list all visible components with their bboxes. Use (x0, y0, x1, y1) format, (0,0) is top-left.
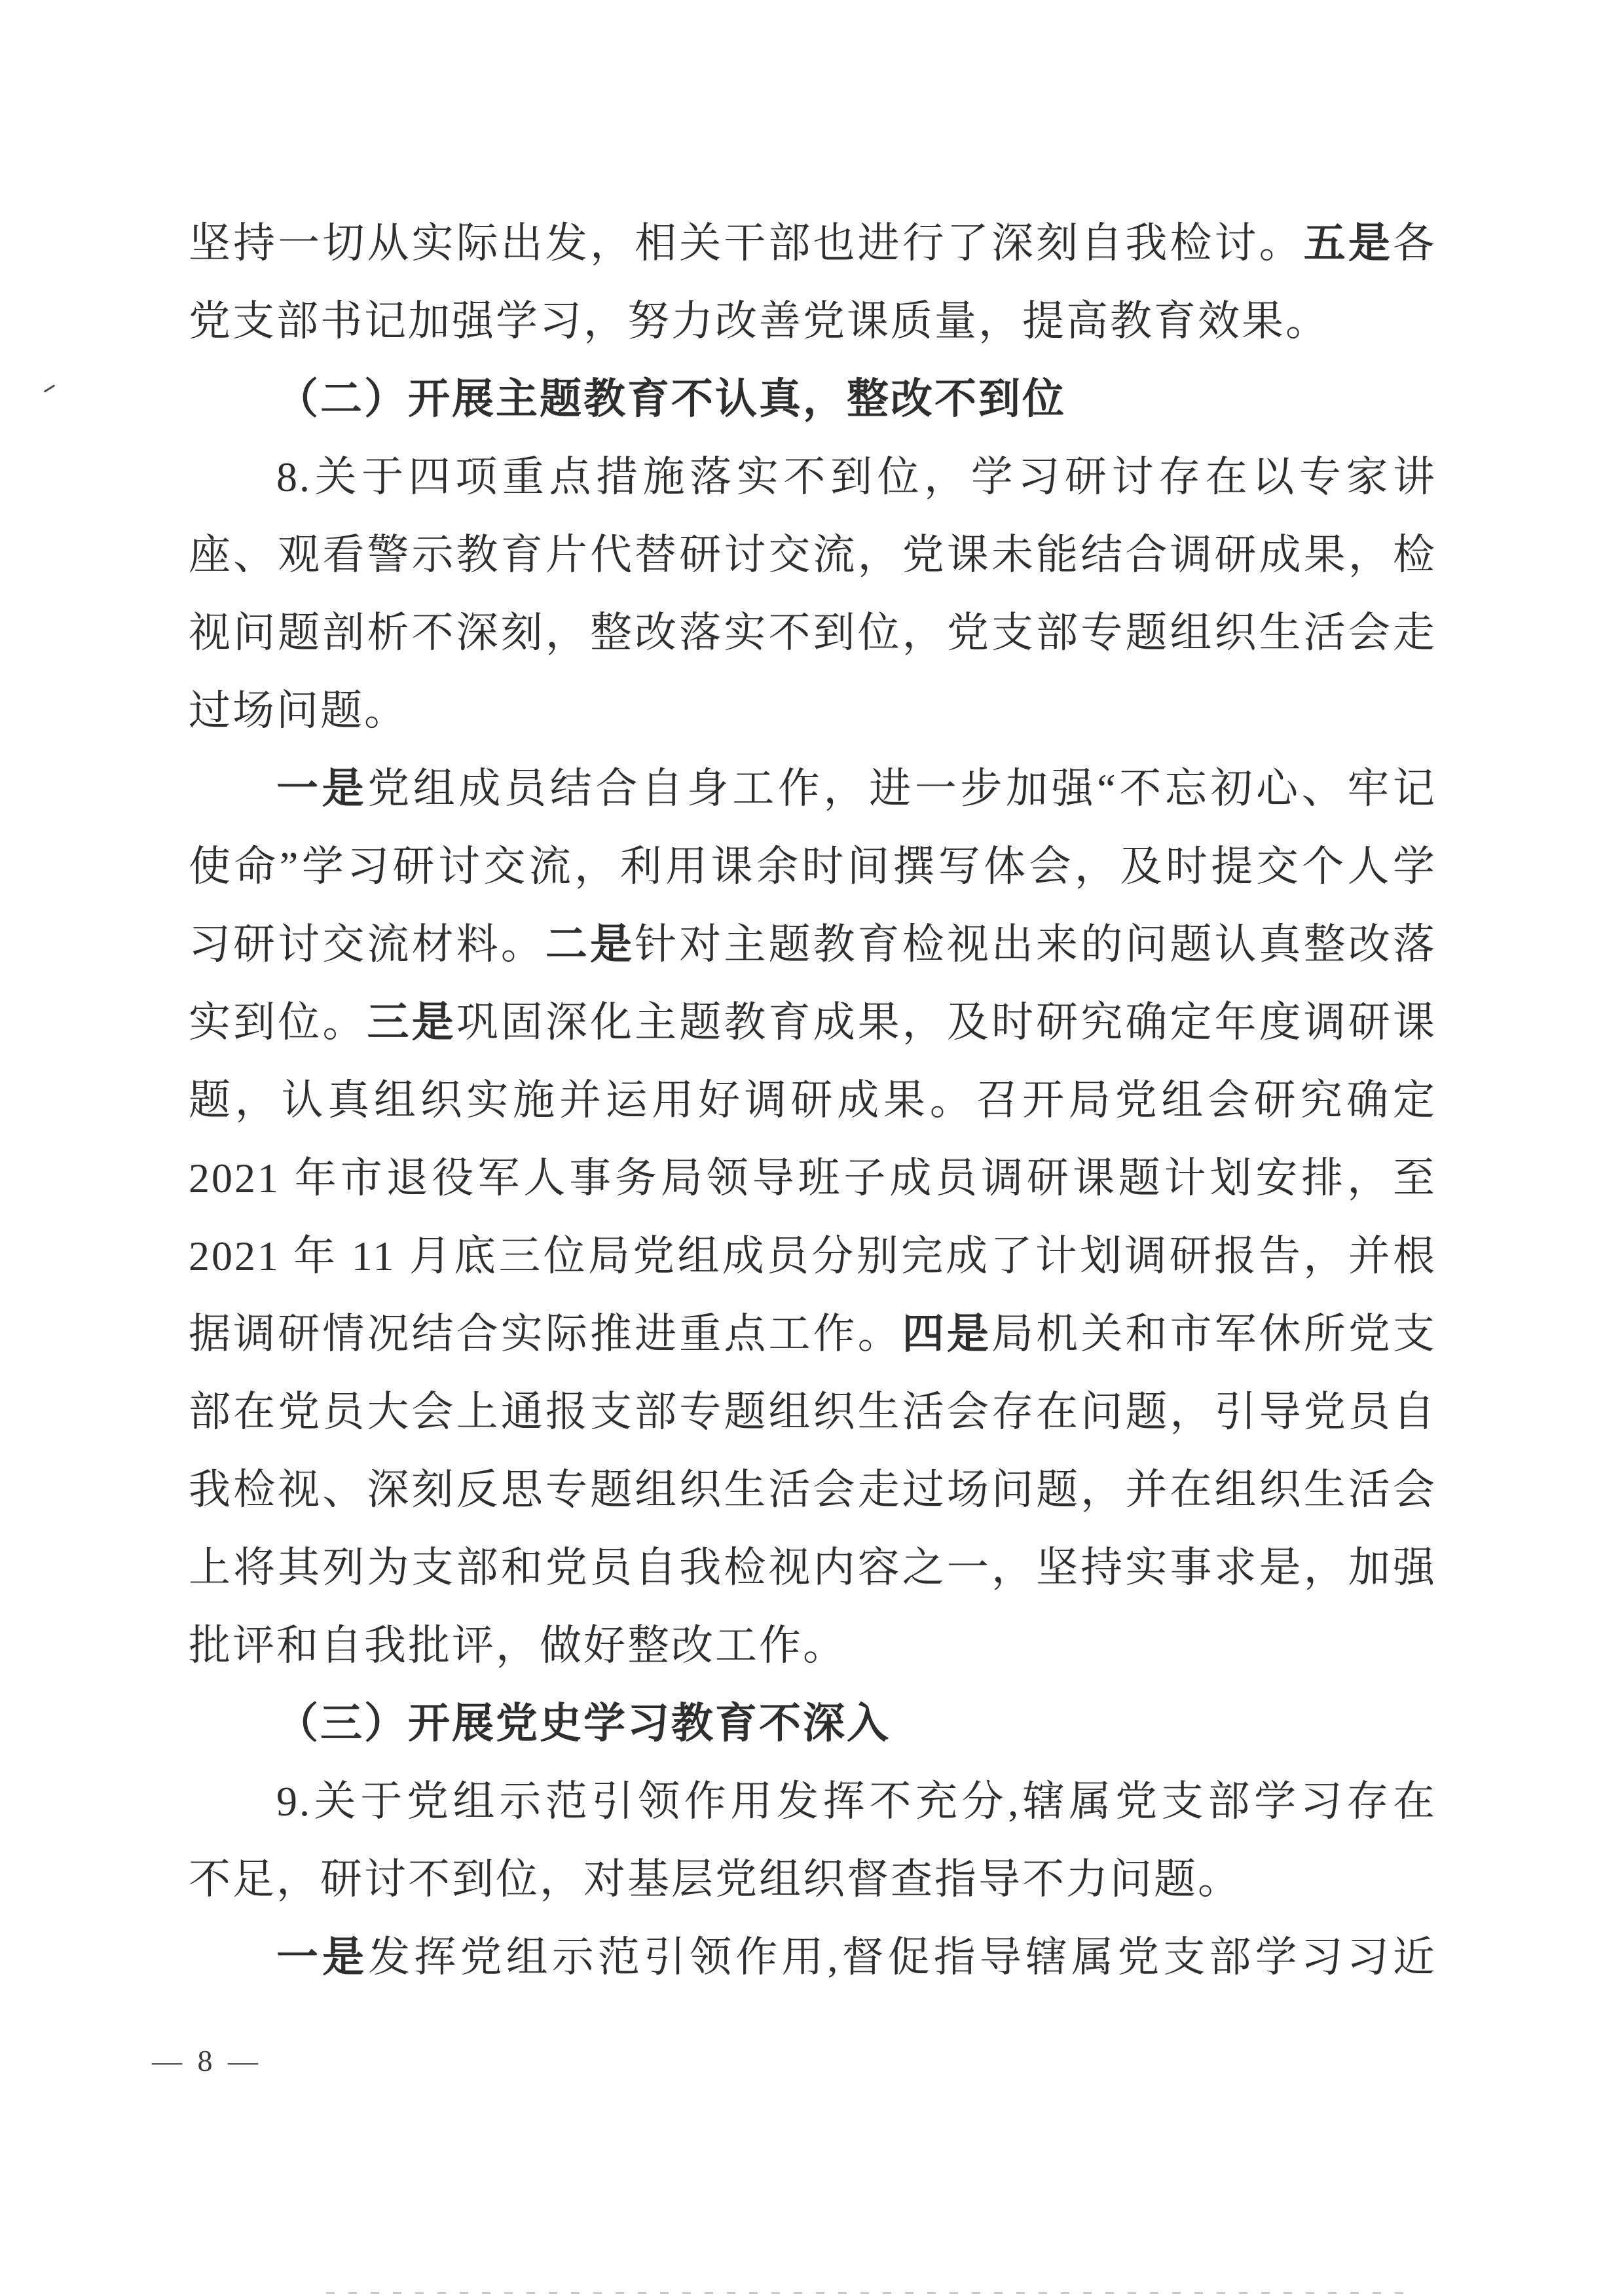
text-line: 据调研情况结合实际推进重点工作。四是局机关和市军休所党支 (189, 1295, 1437, 1373)
text-line: 过场问题。 (189, 672, 1437, 750)
text-run: 不足，研讨不到位，对基层党组织督查指导不力问题。 (189, 1856, 1242, 1903)
text-run: 局机关和市军休所党支 (991, 1311, 1437, 1357)
scan-artifact-mark (44, 384, 56, 393)
text-line: 不足，研讨不到位，对基层党组织督查指导不力问题。 (189, 1840, 1437, 1918)
text-run: 题，认真组织实施并运用好调研成果。召开局党组会研究确定 (189, 1077, 1437, 1123)
text-run: 各 (1393, 220, 1437, 266)
text-run: 实到位。 (189, 999, 367, 1046)
bold-text-run: （二）开展主题教育不认真，整改不到位 (276, 376, 1066, 422)
text-line: 9.关于党组示范引领作用发挥不充分,辖属党支部学习存在 (189, 1762, 1437, 1840)
text-line: 党支部书记加强学习，努力改善党课质量，提高教育效果。 (189, 282, 1437, 360)
text-run: 巩固深化主题教育成果，及时研究确定年度调研课 (456, 999, 1437, 1046)
text-line: 上将其列为支部和党员自我检视内容之一，坚持实事求是，加强 (189, 1529, 1437, 1607)
text-run: 党组成员结合自身工作，进一步加强“不忘初心、牢记 (367, 765, 1437, 812)
text-line: 批评和自我批评，做好整改工作。 (189, 1607, 1437, 1685)
text-run: 习研讨交流材料。 (189, 921, 545, 968)
text-run: 坚持一切从实际出发，相关干部也进行了深刻自我检讨。 (189, 220, 1304, 266)
text-line: 一是发挥党组示范引领作用,督促指导辖属党支部学习习近 (189, 1918, 1437, 1996)
bold-text-run: 三是 (367, 999, 456, 1046)
bold-text-run: 二是 (545, 921, 635, 968)
text-line: 实到位。三是巩固深化主题教育成果，及时研究确定年度调研课 (189, 983, 1437, 1061)
document-page: 坚持一切从实际出发，相关干部也进行了深刻自我检讨。五是各党支部书记加强学习，努力… (0, 0, 1624, 2296)
text-line: 8.关于四项重点措施落实不到位，学习研讨存在以专家讲 (189, 438, 1437, 516)
scan-artifact-bottom-edge (326, 2292, 1416, 2294)
document-body: 坚持一切从实际出发，相关干部也进行了深刻自我检讨。五是各党支部书记加强学习，努力… (189, 204, 1437, 1996)
text-run: 8.关于四项重点措施落实不到位，学习研讨存在以专家讲 (276, 454, 1437, 500)
text-line: 题，认真组织实施并运用好调研成果。召开局党组会研究确定 (189, 1061, 1437, 1139)
text-run: 上将其列为支部和党员自我检视内容之一，坚持实事求是，加强 (189, 1544, 1437, 1591)
text-run: 9.关于党组示范引领作用发挥不充分,辖属党支部学习存在 (276, 1778, 1437, 1825)
text-run: 座、观看警示教育片代替研讨交流，党课未能结合调研成果，检 (189, 532, 1437, 578)
text-run: 部在党员大会上通报支部专题组织生活会存在问题，引导党员自 (189, 1389, 1437, 1435)
text-line: 座、观看警示教育片代替研讨交流，党课未能结合调研成果，检 (189, 516, 1437, 594)
bold-text-run: （三）开展党史学习教育不深入 (276, 1700, 891, 1747)
text-run: 据调研情况结合实际推进重点工作。 (189, 1311, 902, 1357)
text-line: 一是党组成员结合自身工作，进一步加强“不忘初心、牢记 (189, 750, 1437, 828)
text-line: 习研讨交流材料。二是针对主题教育检视出来的问题认真整改落 (189, 905, 1437, 983)
text-run: 发挥党组示范引领作用,督促指导辖属党支部学习习近 (368, 1934, 1437, 1980)
text-run: 使命”学习研讨交流，利用课余时间撰写体会，及时提交个人学 (189, 843, 1437, 890)
text-run: 批评和自我批评，做好整改工作。 (189, 1622, 847, 1669)
text-line: 2021 年 11 月底三位局党组成员分别完成了计划调研报告，并根 (189, 1217, 1437, 1295)
text-run: 2021 年市退役军人事务局领导班子成员调研课题计划安排，至 (189, 1155, 1437, 1201)
section-heading-line: （二）开展主题教育不认真，整改不到位 (189, 360, 1437, 438)
text-line: 我检视、深刻反思专题组织生活会走过场问题，并在组织生活会 (189, 1451, 1437, 1529)
text-run: 2021 年 11 月底三位局党组成员分别完成了计划调研报告，并根 (189, 1233, 1437, 1279)
bold-text-run: 一是 (276, 765, 367, 812)
bold-text-run: 五是 (1304, 220, 1393, 266)
text-line: 2021 年市退役军人事务局领导班子成员调研课题计划安排，至 (189, 1139, 1437, 1217)
bold-text-run: 四是 (902, 1311, 991, 1357)
text-line: 部在党员大会上通报支部专题组织生活会存在问题，引导党员自 (189, 1373, 1437, 1451)
text-run: 过场问题。 (189, 687, 408, 734)
text-run: 党支部书记加强学习，努力改善党课质量，提高教育效果。 (189, 298, 1329, 344)
page-number: — 8 — (152, 2041, 262, 2081)
section-heading-line: （三）开展党史学习教育不深入 (189, 1685, 1437, 1762)
text-run: 我检视、深刻反思专题组织生活会走过场问题，并在组织生活会 (189, 1467, 1437, 1513)
text-run: 针对主题教育检视出来的问题认真整改落 (635, 921, 1437, 968)
text-run: 视问题剖析不深刻，整改落实不到位，党支部专题组织生活会走 (189, 610, 1437, 656)
text-line: 坚持一切从实际出发，相关干部也进行了深刻自我检讨。五是各 (189, 204, 1437, 282)
bold-text-run: 一是 (276, 1934, 368, 1980)
text-line: 视问题剖析不深刻，整改落实不到位，党支部专题组织生活会走 (189, 594, 1437, 672)
text-line: 使命”学习研讨交流，利用课余时间撰写体会，及时提交个人学 (189, 828, 1437, 905)
